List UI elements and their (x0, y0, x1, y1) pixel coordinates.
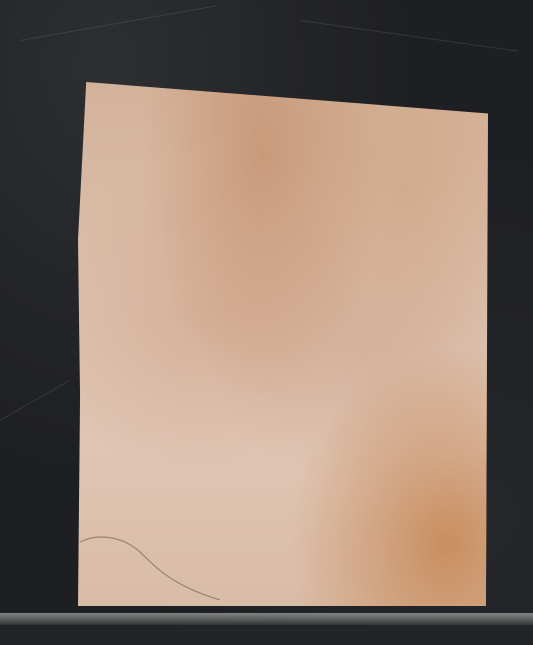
bottom-background (0, 625, 533, 645)
paper-crease (80, 530, 230, 600)
stamp-back (78, 82, 488, 606)
